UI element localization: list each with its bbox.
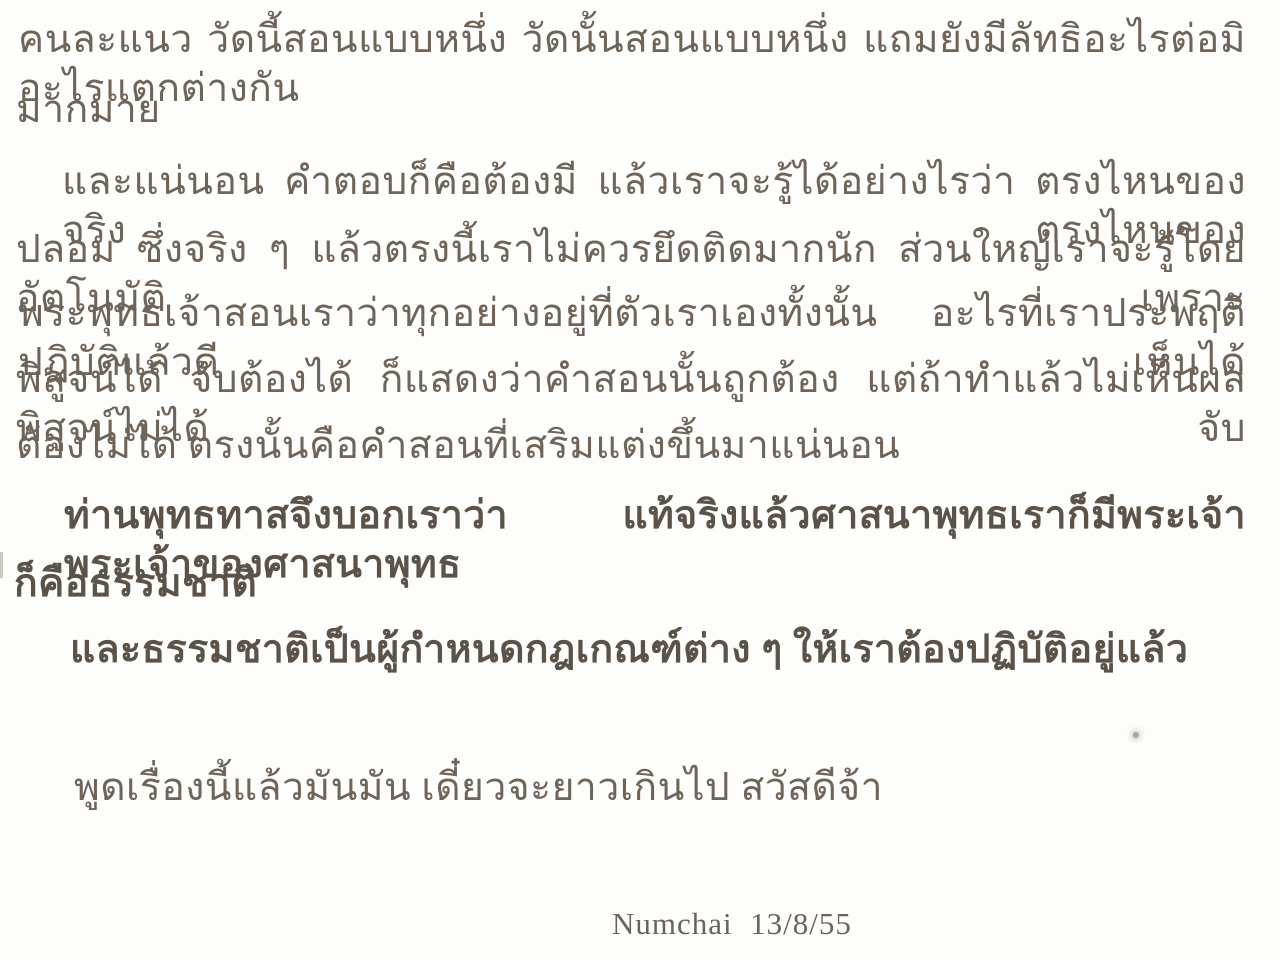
text-line-bold: ก็คือธรรมชาติ — [14, 560, 257, 609]
scanned-document-page: คนละแนว วัดนี้สอนแบบหนึ่ง วัดนั้นสอนแบบห… — [0, 0, 1280, 960]
text-line: คนละแนว วัดนี้สอนแบบหนึ่ง วัดนั้นสอนแบบห… — [18, 16, 1246, 114]
text-line-bold: และธรรมชาติเป็นผู้กำหนดกฎเกณฑ์ต่าง ๆ ให้… — [70, 626, 1188, 675]
author-date-signature: Numchai 13/8/55 — [612, 906, 852, 942]
scan-artifact-smudge — [1126, 726, 1148, 744]
text-line: มากมาย — [16, 86, 161, 135]
scan-artifact-edge-mark — [0, 552, 3, 578]
text-line: ต้องไม่ได้ ตรงนั้นคือคำสอนที่เสริมแต่งขึ… — [16, 422, 900, 471]
text-line: พูดเรื่องนี้แล้วมันมัน เดี๋ยวจะยาวเกินไป… — [74, 764, 883, 813]
